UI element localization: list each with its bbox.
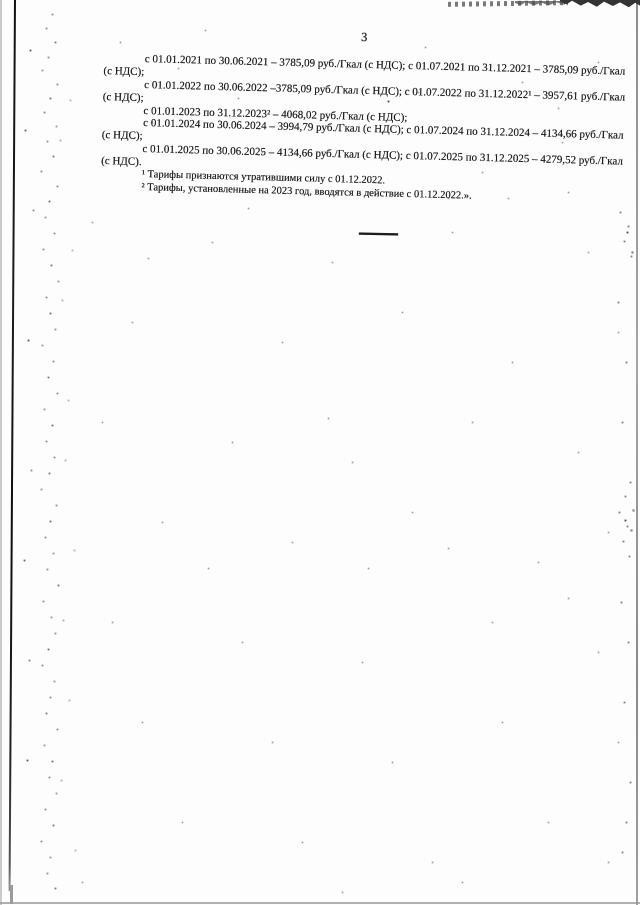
scan-edge-left-black-line xyxy=(8,0,16,891)
scan-edge-bottom-line xyxy=(0,902,640,904)
scan-artifact-top-right-blob xyxy=(560,0,640,8)
scan-edge-right-line xyxy=(636,0,638,905)
scan-edge-left-outer xyxy=(0,0,2,905)
divider-line xyxy=(359,233,398,236)
tariff-text-block: с 01.01.2021 по 30.06.2021 – 3785,09 руб… xyxy=(100,52,620,207)
scan-noise-right-edge xyxy=(0,0,1,1)
page-number: 3 xyxy=(361,30,368,45)
scanned-document-page: 3 с 01.01.2021 по 30.06.2021 – 3785,09 р… xyxy=(0,0,640,905)
